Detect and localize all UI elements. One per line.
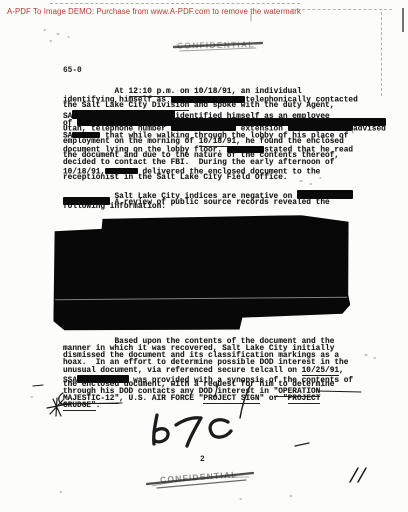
watermark-text: A-PDF To Image DEMO: Purchase from www.A…: [7, 7, 301, 16]
text-segment: employment on the morning of: [63, 138, 199, 146]
text-segment: GRUDGE": [63, 402, 96, 411]
text-segment: , U.S. AIR FORCE ": [119, 395, 203, 403]
text-segment: .: [96, 402, 101, 410]
text-line: receptionist in the Salt Lake City Field…: [63, 175, 386, 182]
text-line: GRUDGE".: [63, 403, 353, 410]
text-segment: , an individual: [231, 88, 301, 96]
redaction-divider-line: [55, 297, 347, 301]
text-segment: " or ": [260, 395, 288, 403]
confidential-stamp-top: CONFIDENTIAL: [177, 39, 255, 50]
text-line: unusual document, via referenced secure …: [63, 368, 353, 375]
text-line: SAidentified himself as an employee: [63, 110, 386, 117]
text-segment: ,: [339, 367, 344, 375]
confidential-stamp-bottom: CONFIDENTIAL: [160, 469, 238, 484]
text-line: Utah, telephone number extension advised: [63, 125, 386, 132]
scan-edge-tick: [402, 8, 404, 32]
scanned-document-page: A-PDF To Image DEMO: Purchase from www.A…: [0, 0, 408, 512]
paragraph-2: Salt Lake City indices are negative on A…: [63, 190, 353, 211]
page-number: 2: [200, 456, 205, 464]
text-segment: and spoke with the duty Agent,: [189, 102, 334, 110]
redaction-bar: [288, 125, 354, 132]
text-line: MAJESTIC-12", U.S. AIR FORCE "PROJECT SI…: [63, 396, 353, 403]
text-line: employment on the morning of 10/18/91, h…: [63, 139, 386, 146]
file-number: 65-0: [63, 67, 82, 75]
text-segment: PROJECT SIGN: [203, 395, 259, 404]
redaction-bar: [171, 125, 237, 132]
stamp-text: CONFIDENTIAL: [160, 469, 238, 484]
text-segment: receptionist in the Salt Lake City Field…: [63, 174, 288, 182]
text-line: At 12:10 p.m. on 10/18/91, an individual: [63, 89, 386, 96]
stamp-text: CONFIDENTIAL: [177, 39, 255, 50]
handwritten-slash-marks: [295, 443, 366, 482]
handwritten-b7c-note: [154, 415, 231, 446]
text-segment: At: [63, 88, 129, 96]
text-segment: decided to contact the FBI. During the e…: [63, 159, 334, 167]
scan-edge-dots: [381, 12, 382, 96]
text-segment: the: [63, 102, 82, 110]
scan-edge-line: [50, 3, 300, 4]
large-redaction-block: [52, 215, 351, 333]
paragraph-3: Based upon the contents of the document …: [63, 339, 353, 410]
text-segment: , he found the enclosed: [236, 138, 344, 146]
text-line: of: [63, 118, 386, 125]
text-line: decided to contact the FBI. During the e…: [63, 160, 386, 167]
text-line: Salt Lake City indices are negative on: [63, 190, 353, 197]
text-segment: following information:: [63, 203, 166, 211]
text-segment: PROJECT: [288, 395, 321, 404]
paragraph-1: At 12:10 p.m. on 10/18/91, an individual…: [63, 89, 386, 182]
text-segment: unusual document, via referenced secure …: [63, 367, 302, 375]
text-segment: advised: [353, 125, 386, 133]
scan-edge-line: [292, 9, 392, 10]
